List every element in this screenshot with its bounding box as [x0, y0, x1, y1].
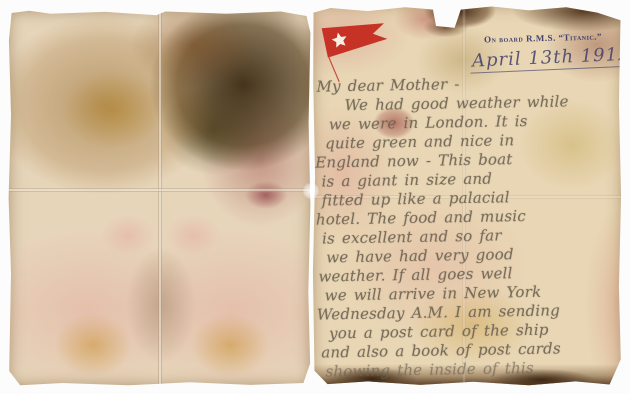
fold-crease-vertical	[158, 10, 162, 386]
handwritten-line: showing the inside of this	[325, 357, 621, 381]
letterhead-printed-text: On board R.M.S. “Titanic.”	[470, 31, 616, 45]
letter-front-sheet: On board R.M.S. “Titanic.” April 13th 19…	[312, 5, 622, 386]
paper-tear-highlight	[303, 183, 319, 199]
fold-crease-horizontal	[8, 188, 311, 192]
letterhead-date: April 13th 1912	[470, 43, 630, 73]
letter-back-sheet	[8, 10, 311, 386]
handwritten-body: My dear Mother - We had good weather whi…	[314, 74, 621, 381]
letter-photograph: On board R.M.S. “Titanic.” April 13th 19…	[0, 0, 630, 394]
